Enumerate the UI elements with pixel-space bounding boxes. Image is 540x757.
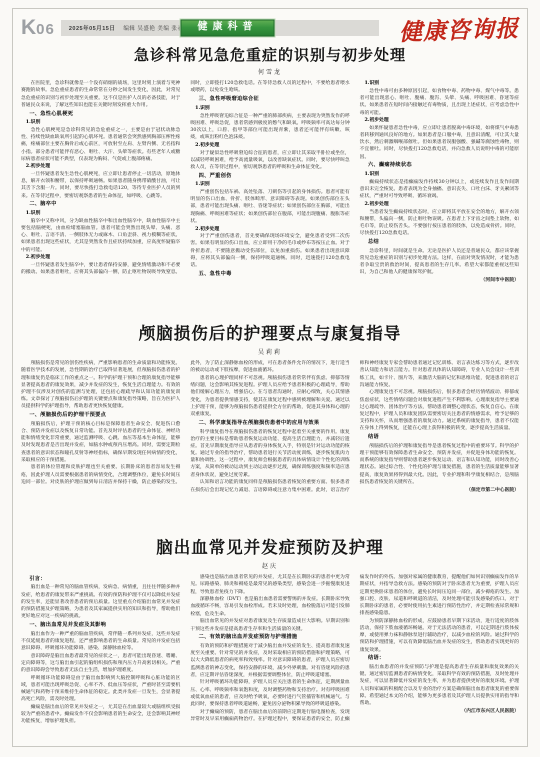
- subsection-heading: 1.识别: [190, 105, 349, 112]
- section-heading: 二、科学康复指导在颅脑损伤患者中的应用与效果: [190, 420, 349, 428]
- body-paragraph: 针对呼吸循环功能障碍，护理人员应关注患者的生命体征，定期测量血压、心率、呼吸频率…: [190, 679, 349, 708]
- subsection-heading: 2.初步处理: [190, 142, 349, 149]
- body-paragraph: 癫痫持续状态是指癫痫发作持续30分钟以上，或连续发作且发作间期意识未完全恢复。患…: [360, 179, 519, 201]
- source-attribution: （河间市中医院）: [360, 277, 519, 284]
- body-paragraph: 为预防深静脉血栓的形成，应鼓励患者早期下床活动，进行适度的肢体活动，保持下肢血液…: [360, 618, 519, 654]
- page-number: K06: [21, 16, 55, 40]
- page-frame: K06 2025年05月15日 编辑 吴盛艳 美编 张春涛 健康科普 健康咨询报…: [12, 8, 528, 747]
- page-number-digits: 06: [36, 21, 55, 38]
- body-paragraph: 患者的心理护理同样不可忽视。颅脑损伤患者常常伴有焦虑、抑郁等情绪问题，这会影响其…: [190, 375, 349, 418]
- article-author: 何雪龙: [21, 67, 519, 76]
- date-line: 2025年05月15日: [69, 24, 115, 32]
- section-banner: 健康科普: [180, 20, 274, 37]
- article-title: 急诊科常见急危重症的识别与初步处理: [21, 47, 519, 64]
- body-paragraph: 脑出血作为一种严重的脑血管疾病，常伴随一系列并发症，这些并发症不仅延缓患者的康复…: [21, 631, 180, 653]
- body-paragraph: 急诊科里，时间就是生命。无论是医护人员还是普通民众，都应该掌握常见急危重症的识别…: [360, 248, 519, 277]
- subsection-heading: 2.初步处理: [190, 226, 349, 233]
- body-paragraph: 颅脑损伤是常见的创伤性疾病，严重影响患者的生命质量和功能恢复。随着医学技术的发展…: [21, 360, 180, 410]
- subsection-heading: 1.识别: [21, 210, 180, 217]
- subsection-heading: 2.初步处理: [360, 117, 519, 124]
- article-title: 颅脑损伤后的护理要点与康复指导: [21, 325, 519, 344]
- section-heading: 四、严重创伤: [190, 173, 349, 181]
- section-heading: 引言：: [21, 576, 180, 584]
- subsection-heading: 1.识别: [360, 171, 519, 178]
- body-paragraph: 一旦怀疑患者发生急性心肌梗死，应立即让患者停止一切活动，原地休息，解开衣领和腰带…: [21, 171, 180, 200]
- newspaper-masthead: 健康咨询报: [379, 17, 520, 45]
- section-heading: 结语：: [360, 655, 519, 663]
- article-body: 引言：脑出血是一种常见的脑血管疾病，发病急、病情重，且往往伴随多种并发症，给患者…: [21, 574, 519, 730]
- section-heading: 结语: [360, 434, 519, 442]
- article-title: 脑出血常见并发症预防及护理: [21, 539, 519, 558]
- section-heading: 一、脑出血常见并发症及其影响: [21, 622, 180, 630]
- body-paragraph: 颅脑损伤后，护理干预的核心目标是保障患者生命安全、促进伤口愈合、预防并发症以及恢…: [21, 421, 180, 464]
- body-paragraph: 呼吸循环功能障碍是由于脑出血影响到大脑控制呼吸和心脏功能的区域，患者可能出现呼吸…: [21, 675, 180, 704]
- section-banner-label: 健康科普: [197, 22, 257, 33]
- body-paragraph: 当患者发生癫痫持续状态时，应立即将其平放在安全的地方，解开衣领和腰带，头偏向一侧…: [360, 209, 519, 238]
- article-author: 吴莉莉: [21, 347, 519, 356]
- body-paragraph: 心理康复也不可忽视。颅脑损伤后，很多患者会经历情绪波动、抑郁或焦虑症状，这些情绪…: [360, 389, 519, 432]
- article-emergency-triage: 急诊科常见急危重症的识别与初步处理 何雪龙 在医院里，急诊科就像是一个没有硝烟的…: [21, 47, 519, 318]
- article-author: 赵庆: [21, 561, 519, 570]
- body-paragraph: 有效的预防和护理措施对于减少脑出血并发症的发生、提高患者康复速度至关重要。针对常…: [190, 643, 349, 679]
- body-paragraph: 对于严重创伤患者，首先要确保现场环境安全，避免患者受到二次伤害。如果有明显的伤口…: [190, 233, 349, 269]
- subsection-heading: 1.识别: [190, 181, 349, 188]
- section-heading: 一、颅脑损伤后的护理干预要点: [21, 412, 180, 420]
- header-band: 2025年05月15日 编辑 吴盛艳 美编 张春涛 健康科普: [61, 20, 379, 36]
- body-paragraph: 急性呼吸窘迫综合征是一种严重的肺部疾病，主要表现为突然发作的呼吸困难、呼吸急促，…: [190, 113, 349, 142]
- body-paragraph: 在医院里，急诊科就像是一个没有硝烟的战场，这里时刻上演着与死神赛跑的故事。急危重…: [21, 80, 180, 109]
- body-paragraph: 对于疑似急性呼吸窘迫综合征的患者，应立即让其采取半卧位或坐位，以减轻呼吸困难，给…: [190, 150, 349, 172]
- section-heading: 二、脑卒中: [21, 201, 180, 209]
- body-paragraph: 癫痫是脑出血后的常见并发症之一，尤其是在出血量较大或脑组织受损较为严重的患者中。…: [21, 704, 180, 726]
- body-paragraph: 颅脑损伤后的护理和康复指导是患者恢复过程中的重要环节。科学的护理干预能够有效保障…: [360, 443, 519, 486]
- section-heading: 总结: [360, 239, 519, 247]
- subsection-heading: 1.识别: [21, 119, 180, 126]
- body-paragraph: 如果怀疑患者急性中毒，应立即让患者脱离中毒环境，如将煤气中毒患者转移到通风良好的…: [360, 125, 519, 161]
- subsection-heading: 2.初步处理: [21, 163, 180, 170]
- body-paragraph: 急性中毒可由多种原因引起，如食物中毒、药物中毒、煤气中毒等。患者可能出现恶心、呕…: [360, 88, 519, 117]
- source-attribution: （保定市第二中心医院）: [360, 487, 519, 494]
- subsection-heading: 1.识别: [360, 80, 519, 87]
- section-heading: 五、急性中毒: [190, 271, 349, 279]
- body-paragraph: 脑出血患者的并发症预防与护理是提高患者生存质量和康复效果的关键。通过密切监测患者…: [360, 664, 519, 707]
- body-paragraph: 深静脉血栓（DVT）也是脑出血患者需要警惕的并发症。长期卧床导致血液循环不畅，容…: [190, 596, 349, 618]
- page-content: 急诊科常见急危重症的识别与初步处理 何雪龙 在医院里，急诊科就像是一个没有硝烟的…: [21, 47, 519, 730]
- body-paragraph: 严重创伤包括车祸、高处坠落、刀刺伤等引起的身体损伤。患者可能有明显的伤口出血、骨…: [190, 189, 349, 225]
- body-paragraph: 感染也是脑出血患者常见的并发症，尤其是在长期卧床的患者中更为常见。尿路感染、肺炎…: [190, 574, 349, 596]
- page-number-letter: K: [21, 16, 36, 39]
- article-brain-injury-care: 颅脑损伤后的护理要点与康复指导 吴莉莉 颅脑损伤是常见的创伤性疾病，严重影响患者…: [21, 325, 519, 532]
- section-heading: 二、有效的脑出血并发症预防与护理措施: [190, 634, 349, 642]
- newspaper-page: K06 2025年05月15日 编辑 吴盛艳 美编 张春涛 健康科普 健康咨询报…: [0, 0, 540, 757]
- body-paragraph: 科学康复指导在颅脑损伤患者的恢复过程中起着至关重要的作用。康复治疗的主要目标是帮…: [190, 429, 349, 479]
- body-paragraph: 脑出血是一种常见的脑血管疾病，发病急、病情重，且往往伴随多种并发症，给患者的康复…: [21, 584, 180, 620]
- body-paragraph: 急性心肌梗死是急诊科常见的急危重症之一，主要是由于冠状动脉急性、持续性缺血缺氧所…: [21, 127, 180, 163]
- body-paragraph: 脑出血常见的并发症对患者康复及生存质量造成巨大影响。早期识别和干预这些并发症是提…: [190, 618, 349, 632]
- section-heading: 一、急性心肌梗死: [21, 111, 180, 119]
- section-heading: 三、急性呼吸窘迫综合征: [190, 96, 349, 104]
- section-heading: 六、癫痫持续状态: [360, 162, 519, 170]
- article-body: 在医院里，急诊科就像是一个没有硝烟的战场，这里时刻上演着与死神赛跑的故事。急危重…: [21, 80, 519, 318]
- article-body: 颅脑损伤是常见的创伤性疾病，严重影响患者的生命质量和功能恢复。随着医学技术的发展…: [21, 360, 519, 532]
- subsection-heading: 2.初步处理: [360, 201, 519, 208]
- body-paragraph: 脑卒中又称中风，分为缺血性脑卒中和出血性脑卒中，缺血性脑卒中主要包括脑梗死，由血…: [21, 218, 180, 254]
- source-attribution: （内江市东兴区人民医院）: [360, 708, 519, 715]
- page-header: K06 2025年05月15日 编辑 吴盛艳 美编 张春涛 健康科普 健康咨询报: [21, 13, 519, 43]
- article-cerebral-hemorrhage: 脑出血常见并发症预防及护理 赵庆 引言：脑出血是一种常见的脑血管疾病，发病急、病…: [21, 539, 519, 730]
- subsection-heading: 2.初步处理: [21, 254, 180, 261]
- body-paragraph: 意识障碍是脑出血患者最常见的症状之一，患者可能出现昏迷、嗜睡、定向障碍等，这与脑…: [21, 653, 180, 675]
